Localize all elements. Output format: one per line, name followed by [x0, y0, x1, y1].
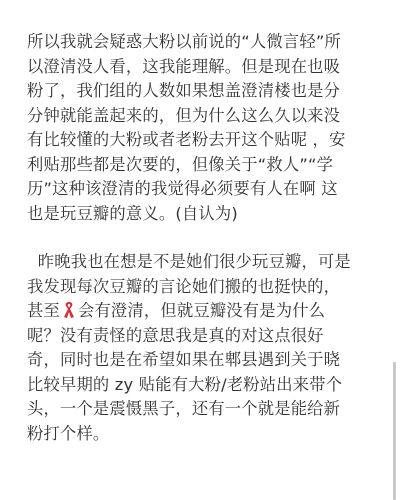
text-fragment: 会有澄清，但就豆瓣没有是为什么 [78, 301, 325, 320]
text-line: 利贴那些都是次要的，但像关于“救人”“学 [27, 153, 369, 178]
text-line: 也是玩豆瓣的意义。(自认为) [27, 202, 369, 227]
text-line: 所以我就会疑惑大粉以前说的“人微言轻”所 [27, 30, 369, 55]
text-fragment: 甚至 [27, 301, 60, 320]
paragraph-1: 所以我就会疑惑大粉以前说的“人微言轻”所 以澄清没人看，这我能理解。但是现在也吸… [27, 30, 369, 226]
text-line: 头，一个是震慑黑子，还有一个就是能给新 [27, 397, 369, 422]
text-line-with-emoji: 甚至 会有澄清，但就豆瓣没有是为什么 [27, 299, 369, 324]
text-line: 奇，同时也是在希望如果在郫县遇到关于晓 [27, 348, 369, 373]
text-line: 分钟就能盖起来的，但为什么这么久以来没 [27, 104, 369, 129]
paragraph-2: 昨晚我也在想是不是她们很少玩豆瓣，可是 我发现每次豆瓣的言论她们搬的也挺快的， … [27, 250, 369, 446]
text-line: 历”这种该澄清的我觉得必须要有人在啊 这 [27, 177, 369, 202]
vertical-scrollbar[interactable] [393, 362, 396, 500]
article-body: 所以我就会疑惑大粉以前说的“人微言轻”所 以澄清没人看，这我能理解。但是现在也吸… [27, 30, 369, 446]
text-line: 比较早期的 zy 贴能有大粉/老粉站出来带个 [27, 373, 369, 398]
text-line: 以澄清没人看，这我能理解。但是现在也吸 [27, 55, 369, 80]
text-line: 有比较懂的大粉或者老粉去开这个贴呢 ，安 [27, 128, 369, 153]
text-line: 粉打个样。 [27, 422, 369, 447]
red-ribbon-icon [62, 301, 76, 319]
text-line: 呢？没有责怪的意思我是真的对这点很好 [27, 324, 369, 349]
text-line: 粉了，我们组的人数如果想盖澄清楼也是分 [27, 79, 369, 104]
text-line: 昨晚我也在想是不是她们很少玩豆瓣，可是 [27, 250, 369, 275]
text-line: 我发现每次豆瓣的言论她们搬的也挺快的， [27, 275, 369, 300]
